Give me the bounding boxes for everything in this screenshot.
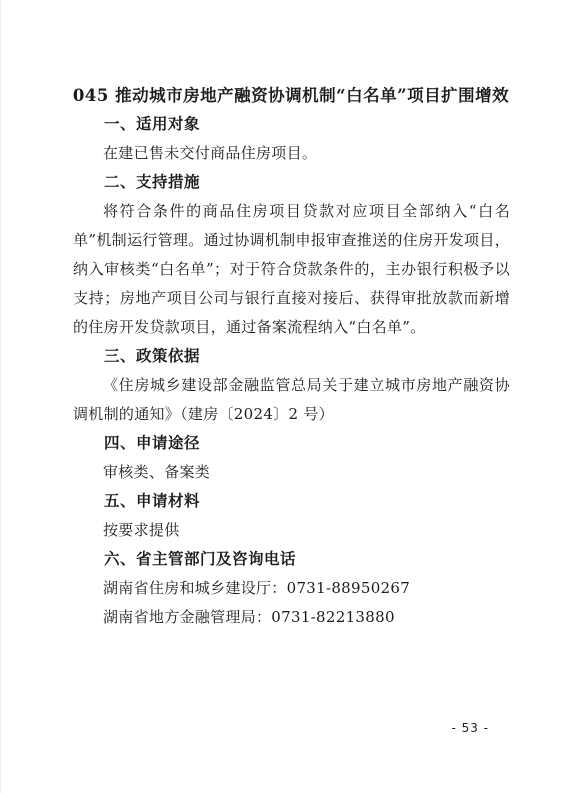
paragraph-policy-basis: 《住房城乡建设部金融监管总局关于建立城市房地产融资协调机制的通知》（建房〔202… [73, 371, 510, 429]
paragraph-application-materials: 按要求提供 [73, 516, 510, 545]
paragraph-support-measures: 将符合条件的商品住房项目贷款对应项目全部纳入“白名单”机制运行管理。通过协调机制… [73, 197, 510, 342]
paragraph-application-channel: 审核类、备案类 [73, 458, 510, 487]
document-page: 045 推动城市房地产融资协调机制“白名单”项目扩围增效 一、适用对象 在建已售… [0, 0, 561, 793]
section-heading-applicable-targets: 一、适用对象 [73, 110, 510, 139]
paragraph-contact-finance-bureau: 湖南省地方金融管理局：0731-82213880 [73, 603, 510, 632]
paragraph-contact-housing-dept: 湖南省住房和城乡建设厅：0731-88950267 [73, 574, 510, 603]
section-heading-contact-info: 六、省主管部门及咨询电话 [73, 545, 510, 574]
section-heading-application-materials: 五、申请材料 [73, 487, 510, 516]
paragraph-applicable-targets: 在建已售未交付商品住房项目。 [73, 139, 510, 168]
document-body: 一、适用对象 在建已售未交付商品住房项目。 二、支持措施 将符合条件的商品住房项… [73, 110, 510, 632]
page-title: 045 推动城市房地产融资协调机制“白名单”项目扩围增效 [71, 82, 511, 106]
section-heading-policy-basis: 三、政策依据 [73, 342, 510, 371]
section-heading-application-channel: 四、申请途径 [73, 429, 510, 458]
section-heading-support-measures: 二、支持措施 [73, 168, 510, 197]
page-number: - 53 - [451, 721, 489, 735]
